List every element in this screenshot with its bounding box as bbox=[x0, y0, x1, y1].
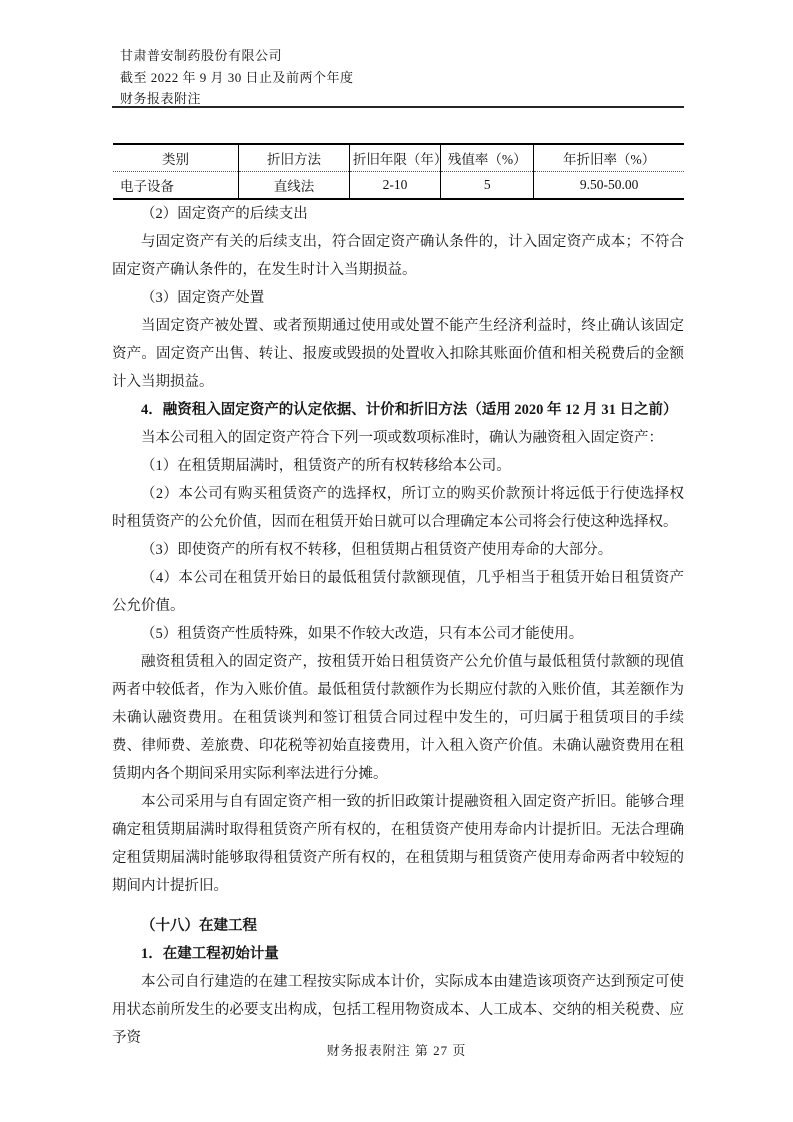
depreciation-table: 类别 折旧方法 折旧年限（年） 残值率（%） 年折旧率（%） 电子设备 直线法 … bbox=[113, 143, 684, 200]
table-header-residual-rate: 残值率（%） bbox=[441, 144, 534, 172]
list-item: （4）本公司在租赁开始日的最低租赁付款额现值，几乎相当于租赁开始日租赁资产公允价… bbox=[112, 564, 684, 620]
paragraph: 与固定资产有关的后续支出，符合固定资产确认条件的，计入固定资产成本；不符合固定资… bbox=[112, 228, 684, 284]
list-item: （1）在租赁期届满时，租赁资产的所有权转移给本公司。 bbox=[112, 452, 684, 480]
document-body: （2）固定资产的后续支出 与固定资产有关的后续支出，符合固定资产确认条件的，计入… bbox=[112, 200, 684, 1052]
cell-annual-rate: 9.50-50.00 bbox=[534, 172, 684, 200]
report-period: 截至 2022 年 9 月 30 日止及前两个年度 bbox=[120, 67, 354, 89]
table-header-years: 折旧年限（年） bbox=[349, 144, 440, 172]
subheading-fixed-asset-subsequent: （2）固定资产的后续支出 bbox=[112, 200, 684, 228]
paragraph: 当固定资产被处置、或者预期通过使用或处置不能产生经济利益时，终止确认该固定资产。… bbox=[112, 312, 684, 396]
table-header-method: 折旧方法 bbox=[239, 144, 350, 172]
document-page: 甘肃普安制药股份有限公司 截至 2022 年 9 月 30 日止及前两个年度 财… bbox=[0, 0, 793, 1122]
page-footer: 财务报表附注 第 27 页 bbox=[0, 1040, 793, 1059]
list-item: （2）本公司有购买租赁资产的选择权，所订立的购买价款预计将远低于行使选择权时租赁… bbox=[112, 480, 684, 536]
subheading-fixed-asset-disposal: （3）固定资产处置 bbox=[112, 284, 684, 312]
table-header-category: 类别 bbox=[113, 144, 239, 172]
list-item: （3）即使资产的所有权不转移，但租赁期占租赁资产使用寿命的大部分。 bbox=[112, 536, 684, 564]
paragraph: 融资租赁租入的固定资产，按租赁开始日租赁资产公允价值与最低租赁付款额的现值两者中… bbox=[112, 648, 684, 788]
cell-years: 2-10 bbox=[349, 172, 440, 200]
paragraph: 当本公司租入的固定资产符合下列一项或数项标准时，确认为融资租入固定资产： bbox=[112, 424, 684, 452]
section-heading-construction-in-progress: （十八）在建工程 bbox=[112, 912, 684, 940]
header-divider bbox=[112, 106, 684, 108]
table-row: 电子设备 直线法 2-10 5 9.50-50.00 bbox=[113, 172, 684, 200]
cell-category: 电子设备 bbox=[113, 172, 239, 200]
company-name: 甘肃普安制药股份有限公司 bbox=[120, 45, 354, 67]
table-header-row: 类别 折旧方法 折旧年限（年） 残值率（%） 年折旧率（%） bbox=[113, 144, 684, 172]
document-header: 甘肃普安制药股份有限公司 截至 2022 年 9 月 30 日止及前两个年度 财… bbox=[120, 45, 354, 110]
table-header-annual-rate: 年折旧率（%） bbox=[534, 144, 684, 172]
cell-method: 直线法 bbox=[239, 172, 350, 200]
paragraph: 本公司采用与自有固定资产相一致的折旧政策计提融资租入固定资产折旧。能够合理确定租… bbox=[112, 788, 684, 900]
heading-finance-lease: 4．融资租入固定资产的认定依据、计价和折旧方法（适用 2020 年 12 月 3… bbox=[112, 396, 684, 424]
list-item: （5）租赁资产性质特殊，如果不作较大改造，只有本公司才能使用。 bbox=[112, 620, 684, 648]
cell-residual-rate: 5 bbox=[441, 172, 534, 200]
heading-cip-initial-measurement: 1．在建工程初始计量 bbox=[112, 940, 684, 968]
